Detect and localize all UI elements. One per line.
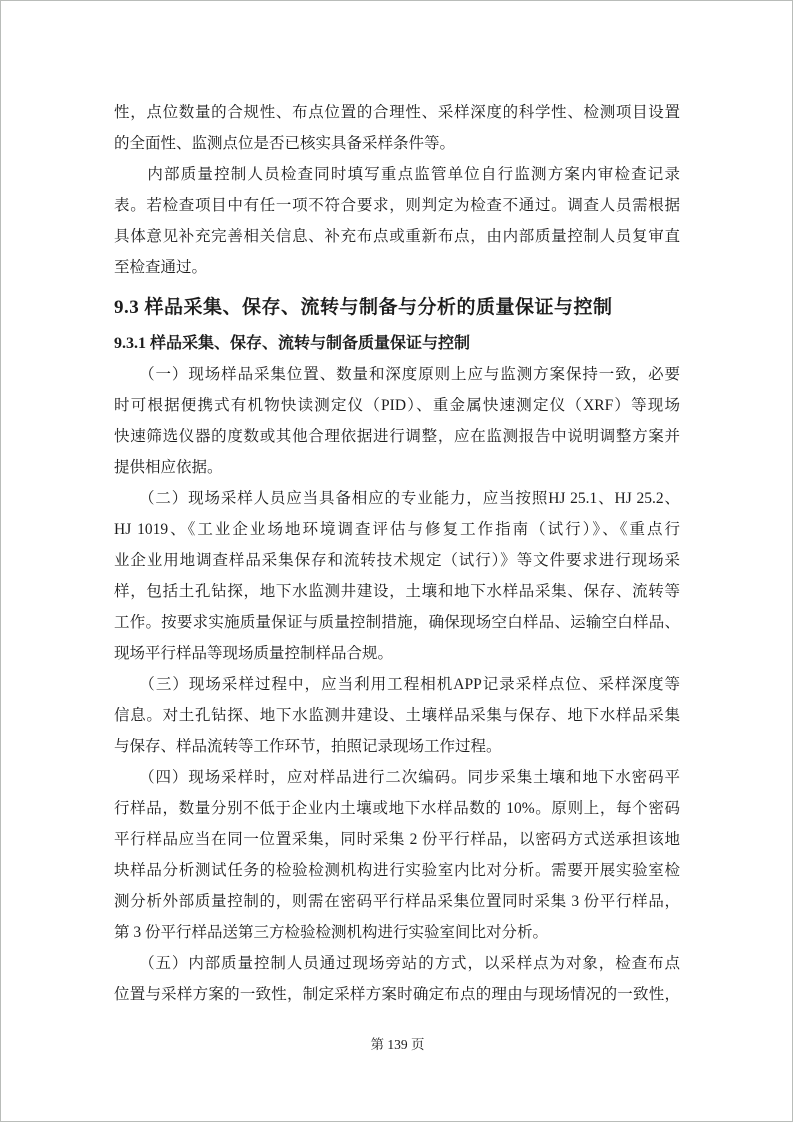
text-line: 现场平行样品等现场质量控制样品合规。 bbox=[114, 638, 680, 669]
paragraph: 内部质量控制人员检查同时填写重点监管单位自行监测方案内审检查记录表。若检查项目中… bbox=[114, 159, 680, 283]
text-line: 第 3 份平行样品送第三方检验检测机构进行实验室间比对分析。 bbox=[114, 917, 680, 948]
text-line: （一）现场样品采集位置、数量和深度原则上应与监测方案保持一致，必要 bbox=[114, 359, 680, 390]
text-line: 具体意见补充完善相关信息、补充布点或重新布点，由内部质量控制人员复审直 bbox=[114, 221, 680, 252]
paragraph: （一）现场样品采集位置、数量和深度原则上应与监测方案保持一致，必要时可根据便携式… bbox=[114, 359, 680, 483]
text-line: 表。若检查项目中有任一项不符合要求，则判定为检查不通过。调查人员需根据 bbox=[114, 190, 680, 221]
section-heading: 9.3 样品采集、保存、流转与制备与分析的质量保证与控制 bbox=[114, 287, 680, 329]
text-line: （二）现场采样人员应当具备相应的专业能力，应当按照HJ 25.1、HJ 25.2… bbox=[114, 483, 680, 514]
text-line: 样，包括土孔钻探，地下水监测井建设，土壤和地下水样品采集、保存、流转等 bbox=[114, 576, 680, 607]
paragraph: 性，点位数量的合规性、布点位置的合理性、采样深度的科学性、检测项目设置的全面性、… bbox=[114, 97, 680, 159]
text-line: 工作。按要求实施质量保证与质量控制措施，确保现场空白样品、运输空白样品、 bbox=[114, 607, 680, 638]
section-heading: 9.3.1 样品采集、保存、流转与制备质量保证与控制 bbox=[114, 329, 680, 359]
paragraph: （四）现场采样时，应对样品进行二次编码。同步采集土壤和地下水密码平行样品，数量分… bbox=[114, 762, 680, 948]
text-line: （三）现场采样过程中，应当利用工程相机APP记录采样点位、采样深度等 bbox=[114, 669, 680, 700]
text-line: HJ 1019、《工业企业场地环境调查评估与修复工作指南（试行）》、《重点行 bbox=[114, 514, 680, 545]
page-footer: 第 139 页 bbox=[1, 1033, 793, 1057]
text-line: 提供相应依据。 bbox=[114, 452, 680, 483]
text-line: 业企业用地调查样品采集保存和流转技术规定（试行）》等文件要求进行现场采 bbox=[114, 545, 680, 576]
document-body: 性，点位数量的合规性、布点位置的合理性、采样深度的科学性、检测项目设置的全面性、… bbox=[114, 97, 680, 1010]
paragraph: （二）现场采样人员应当具备相应的专业能力，应当按照HJ 25.1、HJ 25.2… bbox=[114, 483, 680, 669]
text-line: 时可根据便携式有机物快读测定仪（PID）、重金属快速测定仪（XRF）等现场 bbox=[114, 390, 680, 421]
text-line: 至检查通过。 bbox=[114, 252, 680, 283]
text-line: 快速筛选仪器的度数或其他合理依据进行调整，应在监测报告中说明调整方案并 bbox=[114, 421, 680, 452]
text-line: 行样品，数量分别不低于企业内土壤或地下水样品数的 10%。原则上，每个密码 bbox=[114, 793, 680, 824]
text-line: 内部质量控制人员检查同时填写重点监管单位自行监测方案内审检查记录 bbox=[114, 159, 680, 190]
text-line: 信息。对土孔钻探、地下水监测井建设、土壤样品采集与保存、地下水样品采集 bbox=[114, 700, 680, 731]
page-number: 第 139 页 bbox=[371, 1037, 425, 1052]
text-line: （四）现场采样时，应对样品进行二次编码。同步采集土壤和地下水密码平 bbox=[114, 762, 680, 793]
text-line: 性，点位数量的合规性、布点位置的合理性、采样深度的科学性、检测项目设置 bbox=[114, 97, 680, 128]
text-line: 测分析外部质量控制的，则需在密码平行样品采集位置同时采集 3 份平行样品， bbox=[114, 886, 680, 917]
text-line: 平行样品应当在同一位置采集，同时采集 2 份平行样品，以密码方式送承担该地 bbox=[114, 824, 680, 855]
text-line: 块样品分析测试任务的检验检测机构进行实验室内比对分析。需要开展实验室检 bbox=[114, 855, 680, 886]
document-page: 性，点位数量的合规性、布点位置的合理性、采样深度的科学性、检测项目设置的全面性、… bbox=[0, 0, 793, 1122]
paragraph: （三）现场采样过程中，应当利用工程相机APP记录采样点位、采样深度等信息。对土孔… bbox=[114, 669, 680, 762]
text-line: 与保存、样品流转等工作环节，拍照记录现场工作过程。 bbox=[114, 731, 680, 762]
text-line: 的全面性、监测点位是否已核实具备采样条件等。 bbox=[114, 128, 680, 159]
paragraph: （五）内部质量控制人员通过现场旁站的方式，以采样点为对象，检查布点位置与采样方案… bbox=[114, 948, 680, 1010]
text-line: （五）内部质量控制人员通过现场旁站的方式，以采样点为对象，检查布点 bbox=[114, 948, 680, 979]
text-line: 位置与采样方案的一致性，制定采样方案时确定布点的理由与现场情况的一致性， bbox=[114, 979, 680, 1010]
